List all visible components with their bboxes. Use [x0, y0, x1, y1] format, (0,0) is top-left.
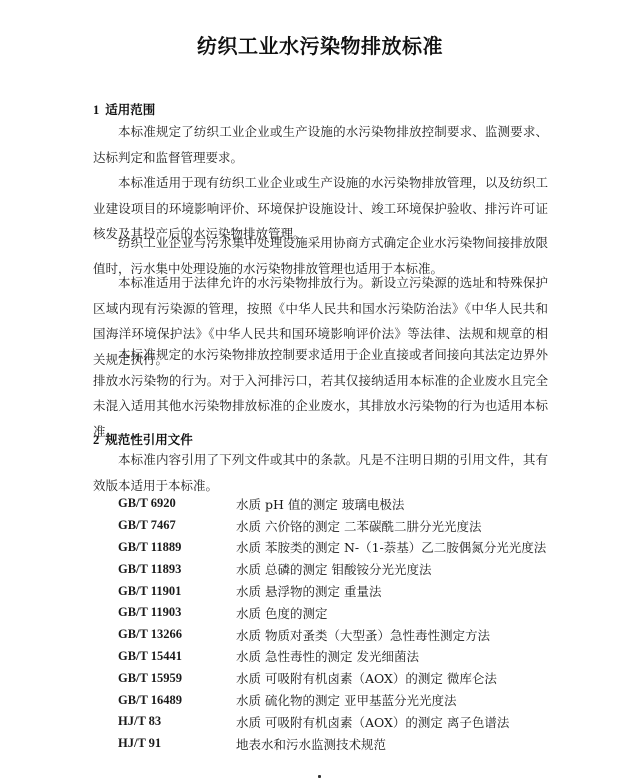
- section-heading-normative-references: 2规范性引用文件: [93, 430, 193, 448]
- reference-item: GB/T 11903水质 色度的测定: [118, 602, 558, 624]
- reference-code: GB/T 15959: [118, 671, 236, 686]
- reference-item: GB/T 6920水质 pH 值的测定 玻璃电极法: [118, 493, 558, 515]
- reference-item: GB/T 11889水质 苯胺类的测定 N-（1-萘基）乙二胺偶氮分光光度法: [118, 537, 558, 559]
- reference-code: HJ/T 83: [118, 714, 236, 729]
- reference-title: 水质 硫化物的测定 亚甲基蓝分光光度法: [236, 691, 456, 709]
- section-number: 2: [93, 433, 99, 447]
- document-page: 纺织工业水污染物排放标准 1适用范围 本标准规定了纺织工业企业或生产设施的水污染…: [0, 0, 640, 778]
- reference-title: 水质 可吸附有机卤素（AOX）的测定 微库仑法: [236, 669, 497, 687]
- reference-item: GB/T 15441水质 急性毒性的测定 发光细菌法: [118, 646, 558, 668]
- reference-code: GB/T 13266: [118, 627, 236, 642]
- reference-item: GB/T 16489水质 硫化物的测定 亚甲基蓝分光光度法: [118, 689, 558, 711]
- reference-item: GB/T 7467水质 六价铬的测定 二苯碳酰二肼分光光度法: [118, 515, 558, 537]
- reference-item: GB/T 15959水质 可吸附有机卤素（AOX）的测定 微库仑法: [118, 667, 558, 689]
- reference-code: GB/T 11903: [118, 605, 236, 620]
- reference-title: 水质 苯胺类的测定 N-（1-萘基）乙二胺偶氮分光光度法: [236, 538, 546, 556]
- reference-code: GB/T 6920: [118, 496, 236, 511]
- reference-code: GB/T 7467: [118, 518, 236, 533]
- reference-code: GB/T 11901: [118, 584, 236, 599]
- reference-item: GB/T 11901水质 悬浮物的测定 重量法: [118, 580, 558, 602]
- paragraph: 本标准内容引用了下列文件或其中的条款。凡是不注明日期的引用文件，其有效版本适用于…: [93, 447, 548, 498]
- reference-title: 水质 pH 值的测定 玻璃电极法: [236, 495, 404, 513]
- reference-item: HJ/T 83水质 可吸附有机卤素（AOX）的测定 离子色谱法: [118, 711, 558, 733]
- reference-title: 水质 悬浮物的测定 重量法: [236, 582, 381, 600]
- paragraph: 本标准规定的水污染物排放控制要求适用于企业直接或者间接向其法定边界外排放水污染物…: [93, 342, 548, 444]
- reference-list: GB/T 6920水质 pH 值的测定 玻璃电极法 GB/T 7467水质 六价…: [118, 493, 558, 755]
- reference-item: HJ/T 91地表水和污水监测技术规范: [118, 733, 558, 755]
- reference-title: 地表水和污水监测技术规范: [236, 735, 386, 753]
- reference-code: GB/T 16489: [118, 693, 236, 708]
- reference-code: GB/T 11889: [118, 540, 236, 555]
- reference-title: 水质 六价铬的测定 二苯碳酰二肼分光光度法: [236, 517, 481, 535]
- reference-item: GB/T 13266水质 物质对蚤类（大型蚤）急性毒性测定方法: [118, 624, 558, 646]
- paragraph: 本标准规定了纺织工业企业或生产设施的水污染物排放控制要求、监测要求、达标判定和监…: [93, 119, 548, 170]
- reference-code: GB/T 15441: [118, 649, 236, 664]
- reference-item: GB/T 11893水质 总磷的测定 钼酸铵分光光度法: [118, 558, 558, 580]
- reference-title: 水质 可吸附有机卤素（AOX）的测定 离子色谱法: [236, 713, 509, 731]
- reference-title: 水质 总磷的测定 钼酸铵分光光度法: [236, 560, 431, 578]
- reference-title: 水质 色度的测定: [236, 604, 327, 622]
- reference-code: GB/T 11893: [118, 562, 236, 577]
- section-number: 1: [93, 103, 99, 117]
- section-title: 规范性引用文件: [105, 432, 193, 447]
- reference-title: 水质 物质对蚤类（大型蚤）急性毒性测定方法: [236, 626, 490, 644]
- section-heading-scope: 1适用范围: [93, 100, 155, 118]
- reference-title: 水质 急性毒性的测定 发光细菌法: [236, 647, 419, 665]
- document-title: 纺织工业水污染物排放标准: [0, 30, 640, 59]
- reference-code: HJ/T 91: [118, 736, 236, 751]
- section-title: 适用范围: [105, 102, 155, 117]
